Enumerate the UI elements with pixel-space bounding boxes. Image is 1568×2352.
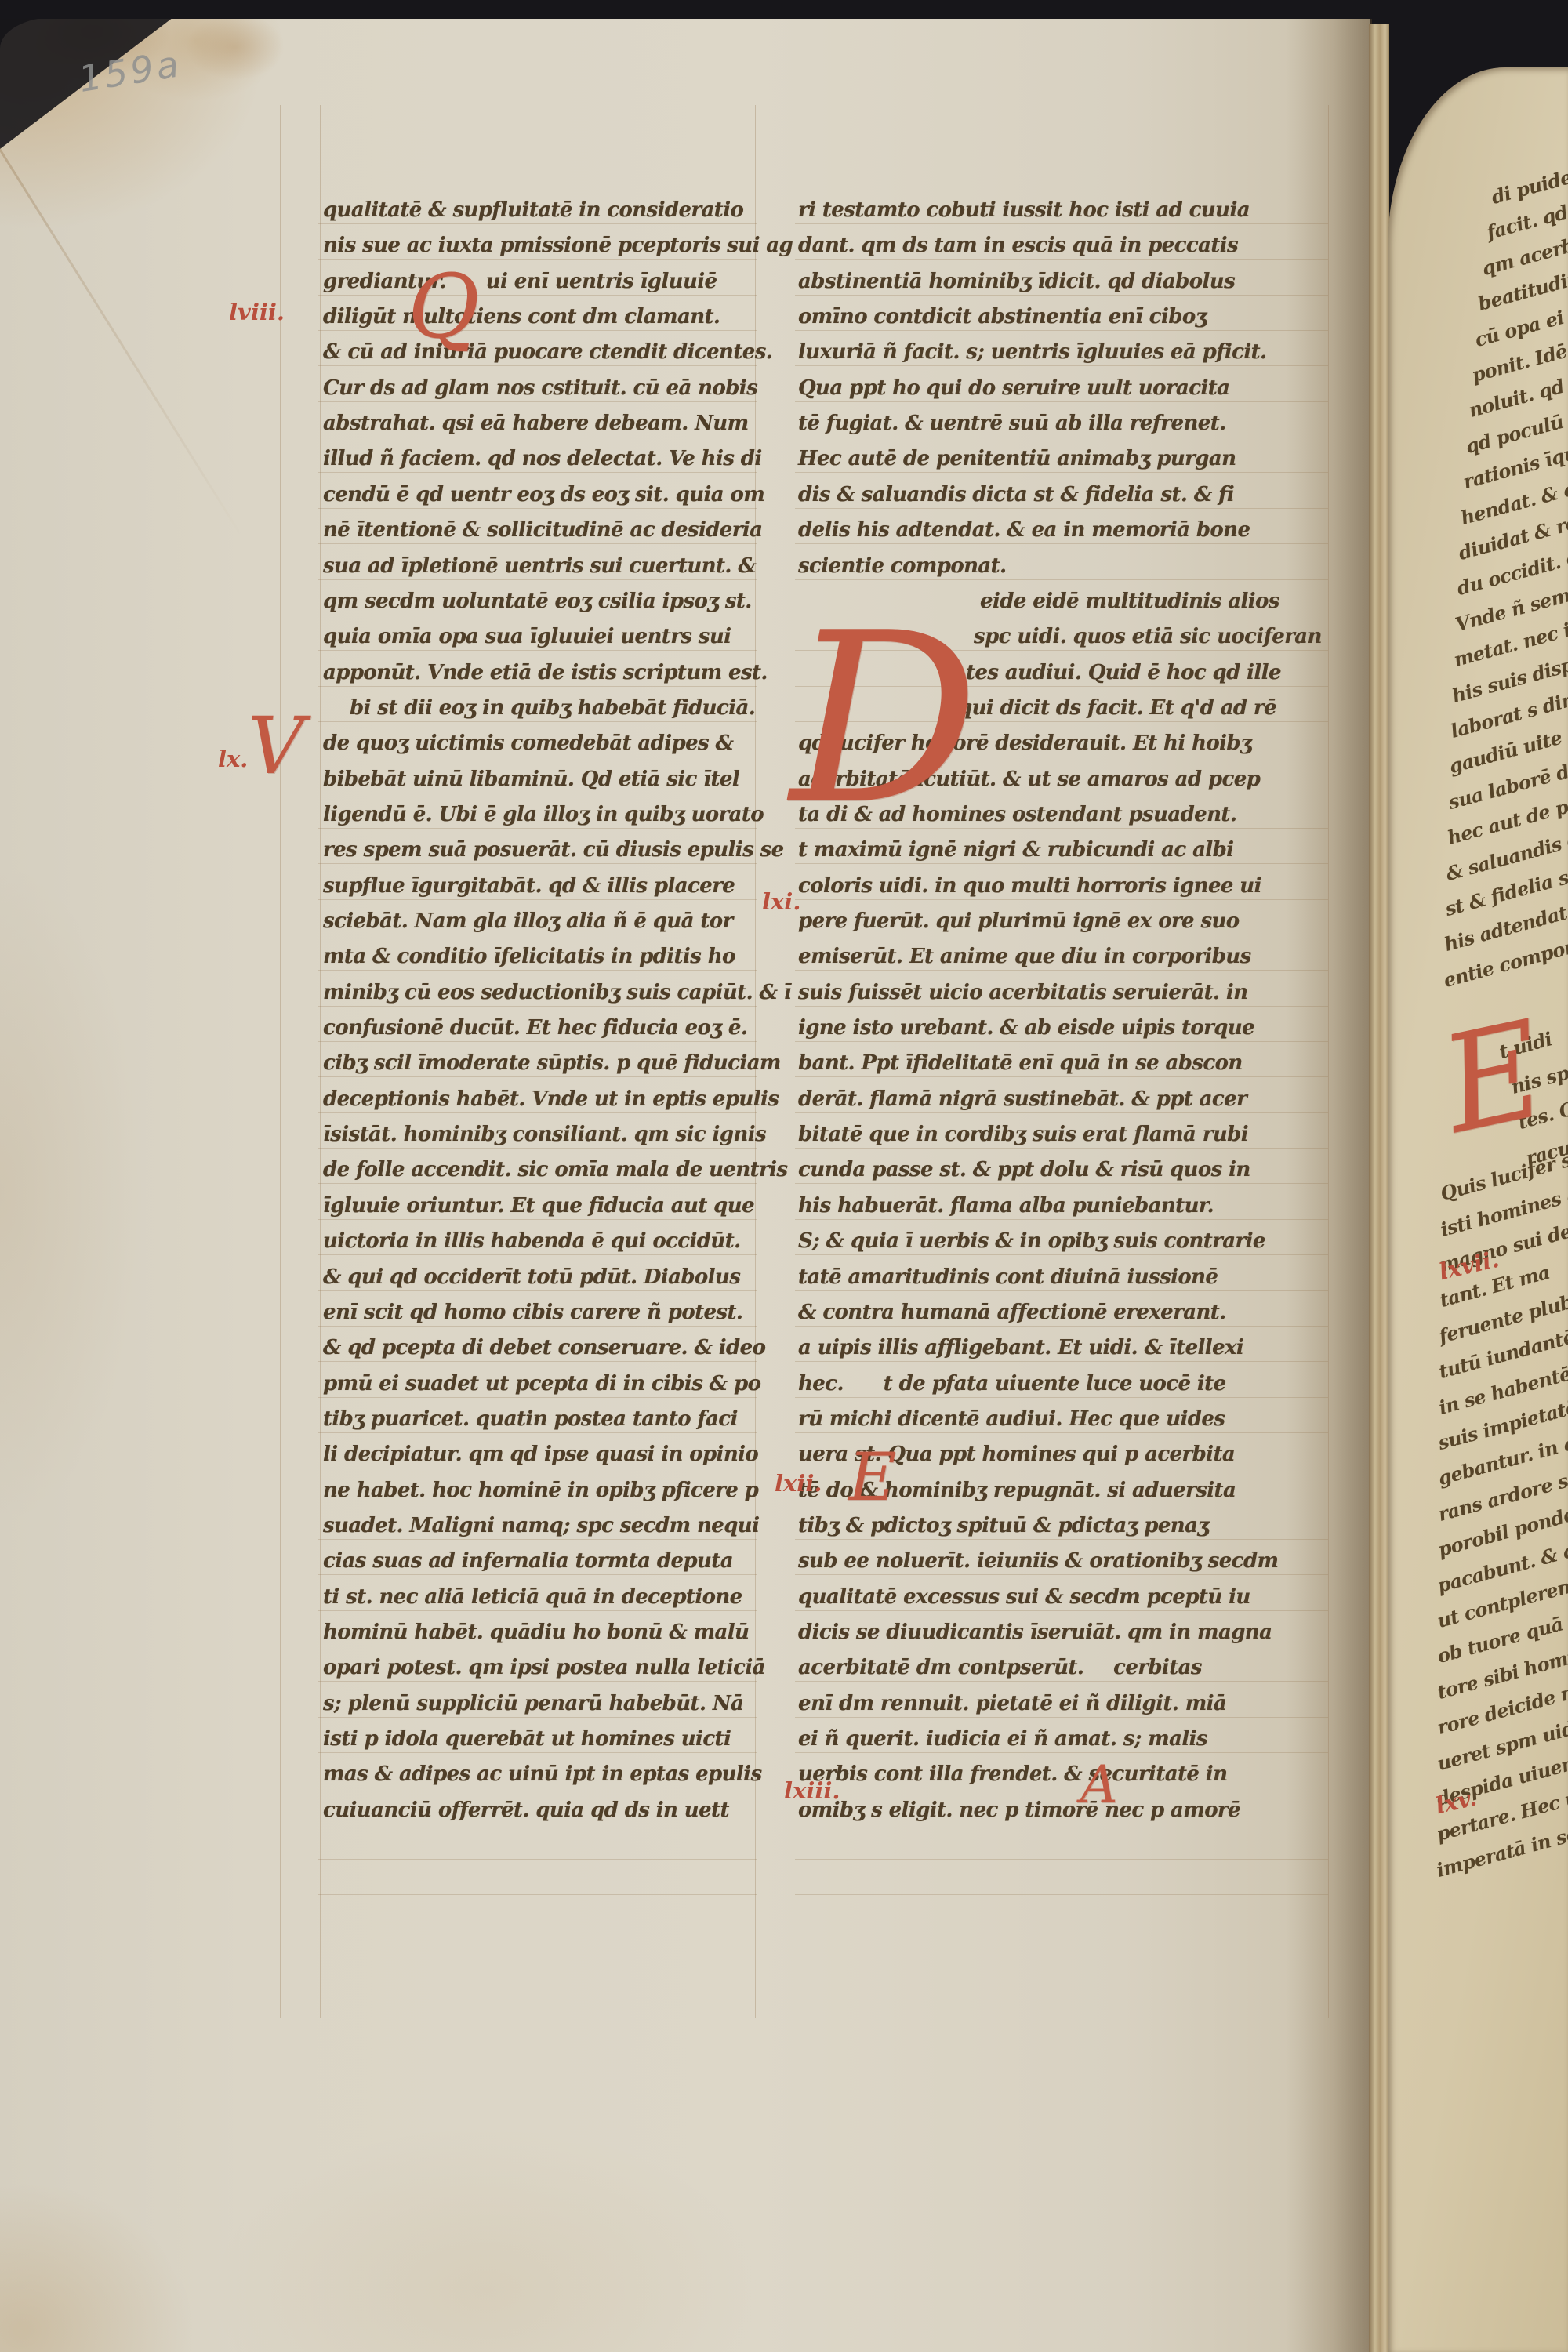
manuscript-text-line: tibʒ puaricet. quatin postea tanto faci — [323, 1406, 738, 1432]
ruling-line — [318, 223, 757, 224]
ruling-line — [795, 1859, 1328, 1860]
manuscript-text-line: quia omīa opa sua īgluuiei uentrs sui — [323, 624, 731, 649]
ruling-line — [318, 437, 757, 437]
ruling-line — [318, 757, 757, 757]
manuscript-text-line: bibebāt uinū libaminū. Qd etiā sic ītel — [323, 767, 739, 792]
manuscript-text-line: ei ñ querit. iudicia ei ñ amat. s; malis — [798, 1726, 1207, 1751]
rubric-initial-letter: D — [790, 602, 979, 837]
ruling-line — [795, 1006, 1328, 1007]
ruling-line — [795, 1290, 1328, 1291]
manuscript-text-line: apponūt. Vnde etiā de istis scriptum est… — [323, 660, 768, 685]
ruling-line — [795, 579, 1328, 580]
photo-dark-edge — [0, 0, 1568, 19]
adjacent-folio-text-line: di puidet quid — [1489, 150, 1568, 209]
manuscript-text-line: res spem suā posuerāt. cū diusis epulis … — [323, 837, 784, 862]
ruling-line — [318, 970, 757, 971]
rubric-initial-letter: V — [248, 707, 304, 786]
manuscript-text-line: suis fuissēt uicio acerbitatis seruierāt… — [798, 980, 1247, 1005]
manuscript-text-line: qualitatē excessus sui & secdm pceptū iu — [798, 1584, 1250, 1610]
rubric-initial-letter: E — [848, 1444, 896, 1510]
ruling-line — [318, 365, 757, 366]
manuscript-text-line: de folle accendit. sic omīa mala de uent… — [323, 1157, 787, 1182]
ruling-line — [795, 543, 1328, 544]
manuscript-text-line: hec. t de pfata uiuente luce uocē ite — [798, 1371, 1226, 1396]
manuscript-text-line: abstrahat. qsi eā habere debeam. Num — [323, 411, 749, 436]
ruling-line — [795, 1788, 1328, 1788]
ruling-line — [795, 1681, 1328, 1682]
ruling-line — [795, 1610, 1328, 1611]
right-page-text-layer: di puidet quidfacit. qd aut ñ uqm acerbu… — [1388, 67, 1568, 2352]
ruling-line — [795, 1254, 1328, 1255]
manuscript-text-line: dicis se diuudicantis īseruiāt. qm in ma… — [798, 1620, 1272, 1645]
manuscript-text-line: cunda passe st. & ppt dolu & risū quos i… — [798, 1157, 1250, 1182]
manuscript-text-line: hominū habēt. quādiu ho bonū & malū — [323, 1620, 749, 1645]
manuscript-text-line: tibʒ & pdictoʒ spituū & pdictaʒ penaʒ — [798, 1513, 1209, 1538]
manuscript-text-line: qui dicit ds facit. Et q'd ad rē — [958, 695, 1276, 720]
ruling-line — [318, 1326, 757, 1327]
manuscript-text-line: cuiuanciū offerrēt. quia qd ds in uett — [323, 1798, 729, 1823]
ruling-line — [795, 1148, 1328, 1149]
ruling-line — [795, 330, 1328, 331]
manuscript-text-line: Qua ppt ho qui do seruire uult uoracita — [798, 376, 1229, 401]
manuscript-text-line: scientie componat. — [798, 554, 1007, 579]
ruling-line — [318, 1432, 757, 1433]
manuscript-text-line: & qd pcepta di debet conseruare. & ideo — [323, 1335, 765, 1360]
manuscript-text-line: pmū ei suadet ut pcepta di in cibis & po — [323, 1371, 760, 1396]
rubric-initial-letter: Q — [408, 263, 480, 351]
ruling-line — [795, 1717, 1328, 1718]
manuscript-text-line: tatē amaritudinis cont diuinā iussionē — [798, 1265, 1218, 1290]
ruling-line — [795, 1326, 1328, 1327]
manuscript-text-line: qm secdm uoluntatē eoʒ csilia ipsoʒ st. — [323, 589, 752, 614]
manuscript-text-line: mta & conditio īfelicitatis in pditis ho — [323, 944, 735, 969]
manuscript-text-line: nē ītentionē & sollicitudinē ac desideri… — [323, 517, 762, 543]
manuscript-text-line: mas & adipes ac uinū ipt in eptas epulis — [323, 1762, 762, 1787]
manuscript-text-line: supflue īgurgitabāt. qd & illis placere — [323, 873, 735, 898]
gutter-shadow — [1286, 0, 1372, 2352]
ruling-line — [318, 1610, 757, 1611]
manuscript-text-line: S; & quia ī uerbis & in opibʒ suis contr… — [798, 1229, 1265, 1254]
manuscript-text-line: bitatē que in cordibʒ suis erat flamā ru… — [798, 1122, 1248, 1147]
ruling-line — [318, 1290, 757, 1291]
manuscript-text-line: li decipiatur. qm qd ipse quasi in opini… — [323, 1442, 758, 1467]
ruling-line — [795, 970, 1328, 971]
manuscript-text-line: dis & saluandis dicta st & fidelia st. &… — [798, 482, 1234, 507]
ruling-line — [318, 330, 757, 331]
ruling-line — [795, 472, 1328, 473]
ruling-line — [795, 1112, 1328, 1113]
manuscript-text-line: & contra humanā affectionē erexerant. — [798, 1300, 1226, 1325]
manuscript-text-line: grediantur. ui enī uentris īgluuiē — [323, 269, 717, 294]
manuscript-text-line: isti p idola querebāt ut homines uicti — [323, 1726, 731, 1751]
manuscript-text-line: luxuriā ñ facit. s; uentris īgluuies eā … — [798, 339, 1266, 365]
ruling-line — [318, 1788, 757, 1788]
ruling-line — [318, 1254, 757, 1255]
ruling-line — [318, 1681, 757, 1682]
ruling-line — [318, 1574, 757, 1575]
ruling-line — [318, 1219, 757, 1220]
manuscript-text-line: omīno contdicit abstinentia enī ciboʒ — [798, 304, 1207, 329]
manuscript-text-line: qualitatē & supfluitatē in consideratio — [323, 198, 743, 223]
left-page-parchment — [0, 17, 1370, 2352]
margin-chapter-numeral: lviii. — [229, 299, 285, 325]
ruling-line — [318, 1824, 757, 1824]
margin-chapter-numeral: lxiii. — [784, 1778, 840, 1803]
manuscript-text-line: illud ñ faciem. qd nos delectat. Ve his … — [323, 446, 762, 471]
ruling-line — [318, 1076, 757, 1077]
manuscript-text-line: ti st. nec aliā leticiā quā in deception… — [323, 1584, 742, 1610]
manuscript-text-line: Cur ds ad glam nos cstituit. cū eā nobis — [323, 376, 757, 401]
manuscript-text-line: opari potest. qm ipsi postea nulla letic… — [323, 1655, 765, 1680]
manuscript-text-line: & qui qd occiderīt totū pdūt. Diabolus — [323, 1265, 740, 1290]
manuscript-text-line: tē fugiat. & uentrē suū ab illa refrenet… — [798, 411, 1226, 436]
ruling-line — [318, 259, 757, 260]
manuscript-text-line: bant. Ppt īfidelitatē enī quā in se absc… — [798, 1051, 1243, 1076]
manuscript-text-line: īgluuie oriuntur. Et que fiducia aut que — [323, 1193, 754, 1218]
manuscript-text-line: sub ee noluerīt. ieiuniis & orationibʒ s… — [798, 1548, 1278, 1573]
ruling-line — [318, 1041, 757, 1042]
margin-chapter-numeral: lx. — [218, 746, 248, 771]
ruling-line-vertical — [797, 105, 797, 2018]
ruling-line — [318, 1894, 757, 1895]
manuscript-text-line: emiserūt. Et anime que diu in corporibus — [798, 944, 1251, 969]
ruling-line — [318, 650, 757, 651]
manuscript-text-line: coloris uidi. in quo multi horroris igne… — [798, 873, 1261, 898]
manuscript-text-line: enī dm rennuit. pietatē ei ñ diligit. mi… — [798, 1691, 1226, 1716]
manuscript-text-line: enī scit qd homo cibis carere ñ potest. — [323, 1300, 742, 1325]
ruling-line — [795, 1219, 1328, 1220]
ruling-line — [795, 1894, 1328, 1895]
ruling-line — [318, 935, 757, 935]
ruling-line — [318, 1504, 757, 1504]
ruling-line — [795, 365, 1328, 366]
manuscript-text-line: acerbitatē dm contpserūt. cerbitas — [798, 1655, 1202, 1680]
ruling-line — [795, 508, 1328, 509]
manuscript-text-line: omibʒ s eligit. nec p timorē nec p amorē — [798, 1798, 1240, 1823]
manuscript-text-line: abstinentiā hominibʒ īdicit. qd diabolus — [798, 269, 1235, 294]
ruling-line — [795, 863, 1328, 864]
ruling-line-vertical — [320, 105, 321, 2018]
ruling-line — [318, 793, 757, 793]
ruling-line — [318, 686, 757, 687]
ruling-line — [318, 1752, 757, 1753]
manuscript-text-line: bi st dii eoʒ in quibʒ habebāt fiduciā. — [350, 695, 755, 720]
ruling-line-vertical — [1328, 105, 1329, 2018]
manuscript-text-line: sua ad īpletionē uentris sui cuertunt. & — [323, 554, 756, 579]
manuscript-text-line: eide eidē multitudinis alios — [980, 589, 1279, 614]
manuscript-text-line: cibʒ scil īmoderate sūptis. p quē fiduci… — [323, 1051, 781, 1076]
manuscript-text-line: deceptionis habēt. Vnde ut in eptis epul… — [323, 1087, 779, 1112]
manuscript-text-line: a uipis illis affligebant. Et uidi. & īt… — [798, 1335, 1243, 1360]
ruling-line — [318, 721, 757, 722]
ruling-line — [795, 1574, 1328, 1575]
ruling-line — [795, 935, 1328, 935]
manuscript-text-line: īsistāt. hominibʒ consiliant. qm sic ign… — [323, 1122, 766, 1147]
ruling-line — [318, 863, 757, 864]
ruling-line — [795, 1432, 1328, 1433]
manuscript-text-line: Hec autē de penitentiū animabʒ purgan — [798, 446, 1236, 471]
ruling-line — [318, 543, 757, 544]
ruling-line — [795, 1076, 1328, 1077]
ruling-line — [318, 899, 757, 900]
ruling-line — [318, 1717, 757, 1718]
adjacent-folio-ornate-initial: E — [1432, 1003, 1555, 1153]
ruling-line — [318, 508, 757, 509]
manuscript-text-line: sciebāt. Nam gla illoʒ alia ñ ē quā tor — [323, 909, 733, 934]
ruling-line — [318, 1183, 757, 1184]
ruling-line — [318, 1539, 757, 1540]
ruling-line — [795, 1824, 1328, 1824]
manuscript-text-line: nis sue ac iuxta pmissionē pceptoris sui… — [323, 233, 793, 258]
manuscript-text-line: delis his adtendat. & ea in memoriā bone — [798, 517, 1250, 543]
manuscript-text-line: uerbis cont illa frendet. & securitatē i… — [798, 1762, 1227, 1787]
ruling-line-vertical — [280, 105, 281, 2018]
ruling-line — [795, 295, 1328, 296]
right-page-sliver: di puidet quidfacit. qd aut ñ uqm acerbu… — [1388, 67, 1568, 2352]
manuscript-text-line: rū michi dicentē audiui. Hec que uides — [798, 1406, 1225, 1432]
ruling-line — [795, 259, 1328, 260]
manuscript-text-line: his habuerāt. flama alba puniebantur. — [798, 1193, 1214, 1218]
manuscript-text-line: spc uidi. quos etiā sic uociferan — [974, 624, 1322, 649]
ruling-line — [795, 1361, 1328, 1362]
manuscript-text-line: confusionē ducūt. Et hec fiducia eoʒ ē. — [323, 1015, 747, 1040]
ruling-line — [318, 295, 757, 296]
ruling-line — [795, 1539, 1328, 1540]
ruling-line — [795, 401, 1328, 402]
manuscript-text-line: minibʒ cū eos seductionibʒ suis capiūt. … — [323, 980, 791, 1005]
ruling-line — [318, 1361, 757, 1362]
manuscript-text-line: ligendū ē. Ubi ē gla illoʒ in quibʒ uora… — [323, 802, 764, 827]
ruling-line — [795, 223, 1328, 224]
page-stack-edge — [1369, 24, 1389, 2352]
manuscript-text-line: s; plenū suppliciū penarū habebūt. Nā — [323, 1691, 743, 1716]
ruling-line — [795, 1646, 1328, 1646]
ruling-line — [318, 1859, 757, 1860]
ruling-line — [318, 401, 757, 402]
manuscript-text-line: cendū ē qd uentr eoʒ ds eoʒ sit. quia om — [323, 482, 764, 507]
manuscript-text-line: cias suas ad infernalia tormta deputa — [323, 1548, 733, 1573]
ruling-line — [795, 1183, 1328, 1184]
manuscript-text-line: tes audiui. Quid ē hoc qd ille — [966, 660, 1281, 685]
ruling-line — [795, 1397, 1328, 1398]
manuscript-text-line: uictoria in illis habenda ē qui occidūt. — [323, 1229, 741, 1254]
manuscript-text-line: pere fuerūt. qui plurimū ignē ex ore suo — [798, 909, 1240, 934]
ruling-line — [318, 1148, 757, 1149]
ruling-line — [318, 615, 757, 615]
ruling-line — [318, 828, 757, 829]
margin-chapter-numeral: lxii. — [775, 1471, 822, 1496]
margin-chapter-numeral: lxi. — [762, 889, 800, 914]
manuscript-text-line: suadet. Maligni namq; spc secdm nequi — [323, 1513, 759, 1538]
ruling-line — [318, 1112, 757, 1113]
manuscript-photo: di puidet quidfacit. qd aut ñ uqm acerbu… — [0, 0, 1568, 2352]
manuscript-text-line: dant. qm ds tam in escis quā in peccatis — [798, 233, 1238, 258]
manuscript-text-line: & cū ad iniuriā puocare ctendit dicentes… — [323, 339, 772, 365]
ruling-line — [795, 1752, 1328, 1753]
ruling-line — [795, 899, 1328, 900]
ruling-line — [318, 1468, 757, 1468]
manuscript-text-line: igne isto urebant. & ab eisde uipis torq… — [798, 1015, 1254, 1040]
manuscript-text-line: de quoʒ uictimis comedebāt adipes & — [323, 731, 733, 756]
ruling-line — [318, 1397, 757, 1398]
ruling-line — [795, 1041, 1328, 1042]
ruling-line — [318, 472, 757, 473]
manuscript-text-line: derāt. flamā nigrā sustinebāt. & ppt ace… — [798, 1087, 1247, 1112]
ruling-line — [318, 1006, 757, 1007]
ruling-line — [795, 437, 1328, 437]
manuscript-text-line: ri testamto cobuti iussit hoc isti ad cu… — [798, 198, 1250, 223]
ruling-line — [318, 1646, 757, 1646]
ruling-line — [318, 579, 757, 580]
manuscript-text-line: diligūt multotiens cont dm clamant. — [323, 304, 720, 329]
rubric-initial-letter: A — [1080, 1759, 1118, 1811]
manuscript-text-line: ne habet. hoc hominē in opibʒ pficere p — [323, 1478, 758, 1503]
